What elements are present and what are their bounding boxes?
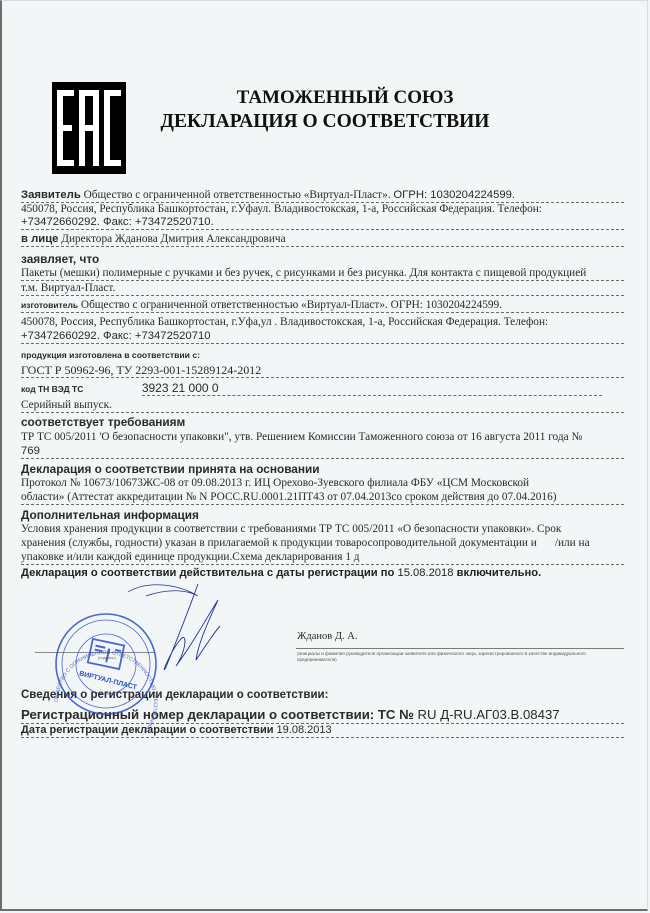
- document-title: ТАМОЖЕННЫЙ СОЮЗ ДЕКЛАРАЦИЯ О СООТВЕТСТВИ…: [150, 86, 500, 134]
- additional-info-line-1: Условия хранения продукции в соответстви…: [21, 523, 624, 536]
- signatory-rule: [296, 648, 624, 649]
- hs-code-label: код ТН ВЭД ТС: [21, 383, 139, 396]
- basis-line-1: Протокол № 10673/10673ЖС-08 от 09.08.201…: [21, 477, 624, 490]
- manufacturer-phone-fax: +73472660292. Факс: +73472520710: [21, 330, 624, 344]
- applicant-ogrn: ОГРН: 1030204224599.: [393, 189, 515, 201]
- manufacturer-label: изготовитель: [21, 300, 78, 310]
- declares-label: заявляет, что: [21, 252, 624, 266]
- product-description-2: т.м. Виртуал-Пласт.: [21, 282, 624, 296]
- registration-number-line: Регистрационный номер декларации о соотв…: [21, 707, 624, 724]
- title-customs-union: ТАМОЖЕННЫЙ СОЮЗ: [190, 86, 500, 109]
- represented-by-label: в лице: [21, 233, 58, 245]
- applicant-line-1: Заявитель Общество с ограниченной ответс…: [21, 189, 624, 203]
- manufacturer-address: 450078, Россия, Республика Башкортостан,…: [21, 316, 624, 329]
- applicant-address: 450078, Россия, Республика Башкортостан,…: [21, 203, 624, 216]
- basis-line-2: области» (Аттестат аккредитации № N РОСС…: [21, 491, 624, 505]
- eac-mark-icon: [52, 82, 126, 174]
- registration-header: Сведения о регистрации декларации о соот…: [21, 688, 624, 703]
- registration-number: RU Д-RU.АГ03.В.08437: [417, 707, 559, 722]
- signatory-name: Жданов Д. А.: [296, 630, 624, 644]
- standards-label: продукция изготовлена в соответствии с:: [21, 350, 624, 363]
- signatory-caption: (инициалы и фамилия руководителя организ…: [296, 651, 624, 663]
- represented-by-value: Директора Жданова Дмитрия Александровича: [61, 233, 285, 245]
- registration-date: 19.08.2013: [277, 724, 332, 736]
- signature-line: [35, 652, 155, 653]
- manufacturer-line-1: изготовитель Общество с ограниченной отв…: [21, 299, 624, 313]
- additional-info-line-3: упаковке и/или каждой единице продукции.…: [21, 551, 624, 565]
- hs-code-value: 3923 21 000 0: [142, 382, 602, 396]
- title-declaration: ДЕКЛАРАЦИЯ О СООТВЕТСТВИИ: [150, 109, 500, 134]
- applicant-phone-fax: +73472660292. Факс: +73472520710.: [21, 216, 624, 230]
- additional-info-label: Дополнительная информация: [21, 508, 624, 522]
- validity-date: 15.08.2018: [397, 567, 453, 579]
- manufacturer-name: Общество с ограниченной ответственностью…: [81, 299, 502, 311]
- validity-statement: Декларация о соответствии действительна …: [21, 567, 541, 579]
- requirements-line-2: 769: [21, 445, 624, 459]
- release-type: Серийный выпуск.: [21, 399, 624, 413]
- basis-label: Декларация о соответствии принята на осн…: [21, 462, 624, 476]
- requirements-label: соответствует требованиям: [21, 415, 624, 429]
- registration-date-line: Дата регистрации декларации о соответств…: [21, 724, 624, 738]
- signatory-block: Жданов Д. А. (инициалы и фамилия руковод…: [296, 630, 624, 663]
- eac-logo: [52, 82, 126, 174]
- additional-info-line-2: хранения (службы, годности) указан в при…: [21, 537, 624, 550]
- declaration-body: Заявитель Общество с ограниченной ответс…: [21, 189, 624, 565]
- registration-block: Сведения о регистрации декларации о соот…: [21, 688, 624, 738]
- applicant-label: Заявитель: [21, 189, 81, 201]
- requirements-line-1: ТР ТС 005/2011 'О безопасности упаковки"…: [21, 431, 624, 444]
- product-description-1: Пакеты (мешки) полимерные с ручками и бе…: [21, 267, 624, 281]
- applicant-name: Общество с ограниченной ответственностью…: [84, 189, 391, 201]
- standards-value: ГОСТ Р 50962-96, ТУ 2293-001-15289124-20…: [21, 363, 624, 378]
- represented-by-line: в лице Директора Жданова Дмитрия Алексан…: [21, 233, 624, 247]
- hs-code-line: код ТН ВЭД ТС 3923 21 000 0: [21, 382, 624, 396]
- signature-caption: (подпись): [98, 655, 116, 660]
